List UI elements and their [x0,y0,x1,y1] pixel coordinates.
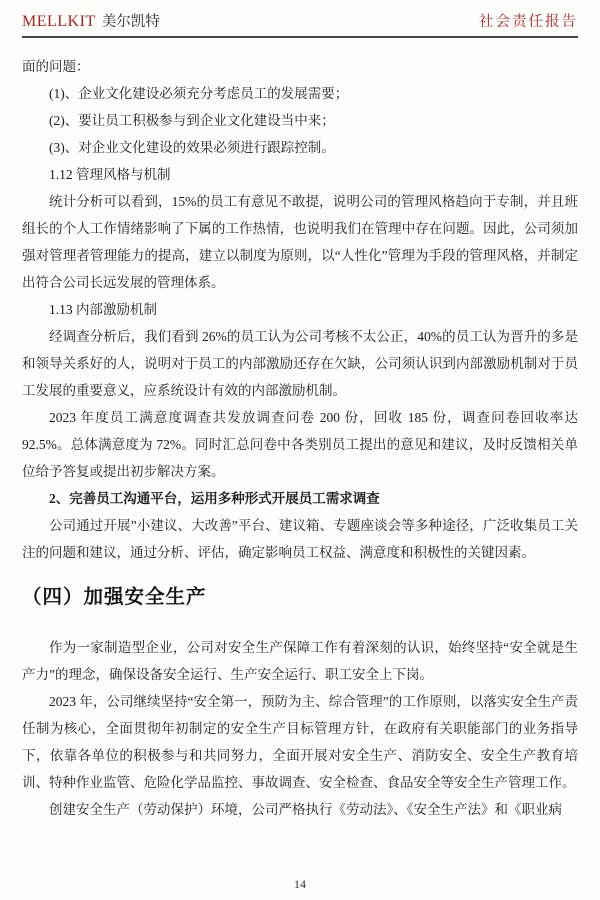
report-title: 社会责任报告 [479,10,578,31]
list-item-2: (2)、要让员工积极参与到企业文化建设当中来； [22,107,578,134]
paragraph-continuation: 面的问题： [22,53,578,80]
paragraph-safety-policy: 2023 年，公司继续坚持“安全第一，预防为主、综合管理”的工作原则，以落实安全… [22,688,578,796]
paragraph-incentive: 经调查分析后，我们看到 26%的员工认为公司考核不太公正，40%的员工认为晋升的… [22,323,578,404]
paragraph-labor-protection: 创建安全生产（劳动保护）环境，公司严格执行《劳动法》、《安全生产法》和《职业病 [22,796,578,823]
page-number: 14 [0,877,600,892]
brand-logo-text: MELLKIT [22,13,96,30]
paragraph-safety-concept: 作为一家制造型企业，公司对安全生产保障工作有着深刻的认识，始终坚持“安全就是生产… [22,634,578,688]
document-page: MELLKIT美尔凯特 社会责任报告 面的问题： (1)、企业文化建设必须充分考… [0,0,600,900]
paragraph-suggestions: 公司通过开展”小建议、大改善”平台、建议箱、专题座谈会等多种途径，广泛收集员工关… [22,512,578,566]
subheading-1-12: 1.12 管理风格与机制 [22,161,578,188]
paragraph-survey: 2023 年度员工满意度调查共发放调查问卷 200 份，回收 185 份，调查问… [22,404,578,485]
section-heading-safety-production: （四）加强安全生产 [22,583,578,611]
heading-communication-platform: 2、完善员工沟通平台，运用多种形式开展员工需求调查 [22,485,578,512]
document-body: 面的问题： (1)、企业文化建设必须充分考虑员工的发展需要； (2)、要让员工积… [22,53,578,823]
brand-name-chinese: 美尔凯特 [102,14,160,30]
brand-lockup: MELLKIT美尔凯特 [22,10,160,31]
list-item-1: (1)、企业文化建设必须充分考虑员工的发展需要； [22,80,578,107]
list-item-3: (3)、对企业文化建设的效果必须进行跟踪控制。 [22,134,578,161]
paragraph-management-style: 统计分析可以看到，15%的员工有意见不敢提，说明公司的管理风格趋向于专制，并且班… [22,188,578,296]
page-header: MELLKIT美尔凯特 社会责任报告 [22,10,578,38]
subheading-1-13: 1.13 内部激励机制 [22,296,578,323]
